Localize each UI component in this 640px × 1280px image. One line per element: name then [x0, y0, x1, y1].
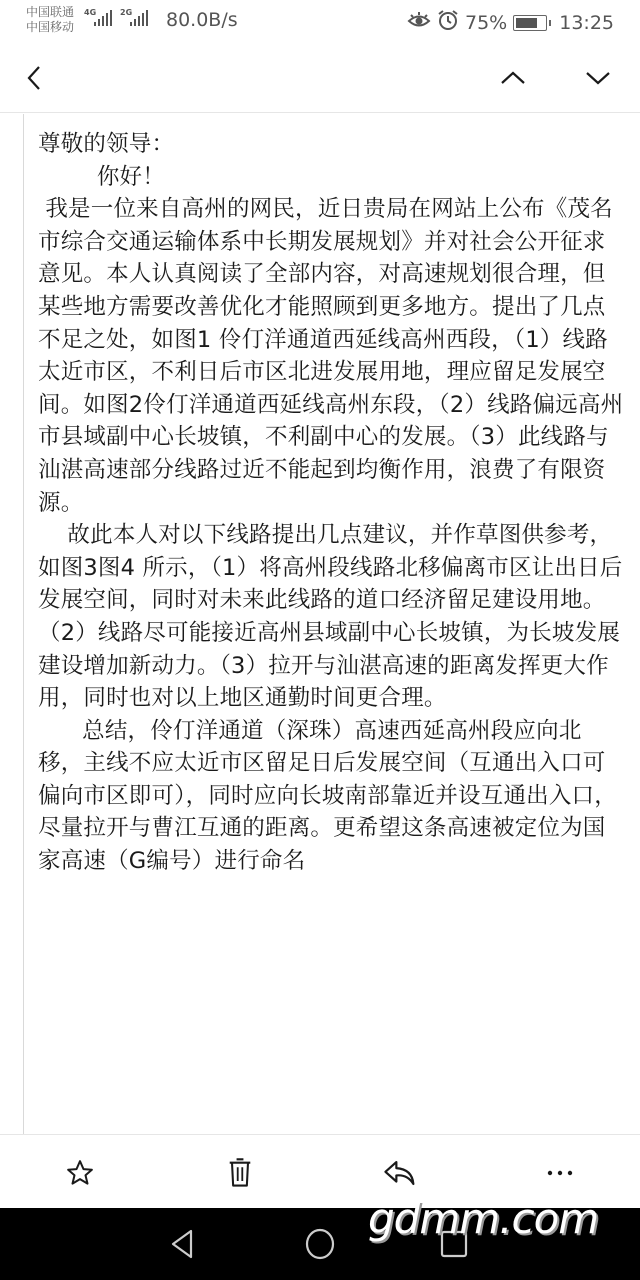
eye-icon	[407, 10, 431, 35]
next-message-button[interactable]	[582, 62, 614, 94]
nav-back-button[interactable]	[164, 1226, 200, 1262]
app-header	[0, 44, 640, 113]
message-content: 尊敬的领导： 你好！ 我是一位来自高州的网民，近日贵局在网站上公布《茂名市综合交…	[0, 114, 640, 1134]
signal-indicators: 4G 2G	[84, 10, 148, 26]
more-icon	[545, 1169, 575, 1177]
nav-home-button[interactable]	[302, 1226, 338, 1262]
chevron-left-icon	[24, 64, 44, 92]
carrier-names: 中国联通 中国移动	[26, 5, 74, 35]
battery-percent: 75%	[465, 12, 507, 34]
reply-icon	[383, 1158, 417, 1188]
paragraph-suggestions: 故此本人对以下线路提出几点建议，并作草图供参考，如图3图4 所示，（1）将高州段…	[38, 519, 624, 715]
paragraph-intro: 我是一位来自高州的网民，近日贵局在网站上公布《茂名市综合交通运输体系中长期发展规…	[38, 193, 624, 519]
back-button[interactable]	[18, 62, 50, 94]
content-left-rail	[23, 114, 24, 1134]
status-right: 75% 13:25	[407, 9, 614, 36]
system-nav-bar: gdmm.com	[0, 1208, 640, 1280]
more-button[interactable]	[542, 1155, 578, 1191]
message-body: 尊敬的领导： 你好！ 我是一位来自高州的网民，近日贵局在网站上公布《茂名市综合交…	[38, 128, 624, 878]
trash-icon	[226, 1157, 254, 1189]
carrier-1: 中国联通	[26, 5, 74, 20]
star-button[interactable]	[62, 1155, 98, 1191]
chevron-up-icon	[499, 69, 527, 87]
paragraph-summary: 总结，伶仃洋通道（深珠）高速西延高州段应向北移，主线不应太近市区留足日后发展空间…	[38, 715, 624, 878]
clock: 13:25	[559, 12, 614, 34]
star-icon	[65, 1158, 95, 1188]
delete-button[interactable]	[222, 1155, 258, 1191]
status-bar: 中国联通 中国移动 4G 2G 80.0B/s 75% 13:25	[0, 0, 640, 44]
reply-button[interactable]	[382, 1155, 418, 1191]
alarm-icon	[437, 9, 459, 36]
message-toolbar	[0, 1134, 640, 1209]
battery-icon	[513, 15, 547, 31]
nav-recents-button[interactable]	[436, 1226, 472, 1262]
circle-home-icon	[304, 1228, 336, 1260]
carrier-2: 中国移动	[26, 20, 74, 35]
network-speed: 80.0B/s	[166, 9, 238, 31]
signal-4g-icon: 4G	[84, 10, 112, 26]
chevron-down-icon	[584, 69, 612, 87]
greeting: 尊敬的领导：	[38, 128, 624, 161]
signal-2g-icon: 2G	[120, 10, 148, 26]
salutation: 你好！	[38, 161, 624, 194]
square-recents-icon	[439, 1229, 469, 1259]
triangle-back-icon	[169, 1228, 195, 1260]
previous-message-button[interactable]	[497, 62, 529, 94]
